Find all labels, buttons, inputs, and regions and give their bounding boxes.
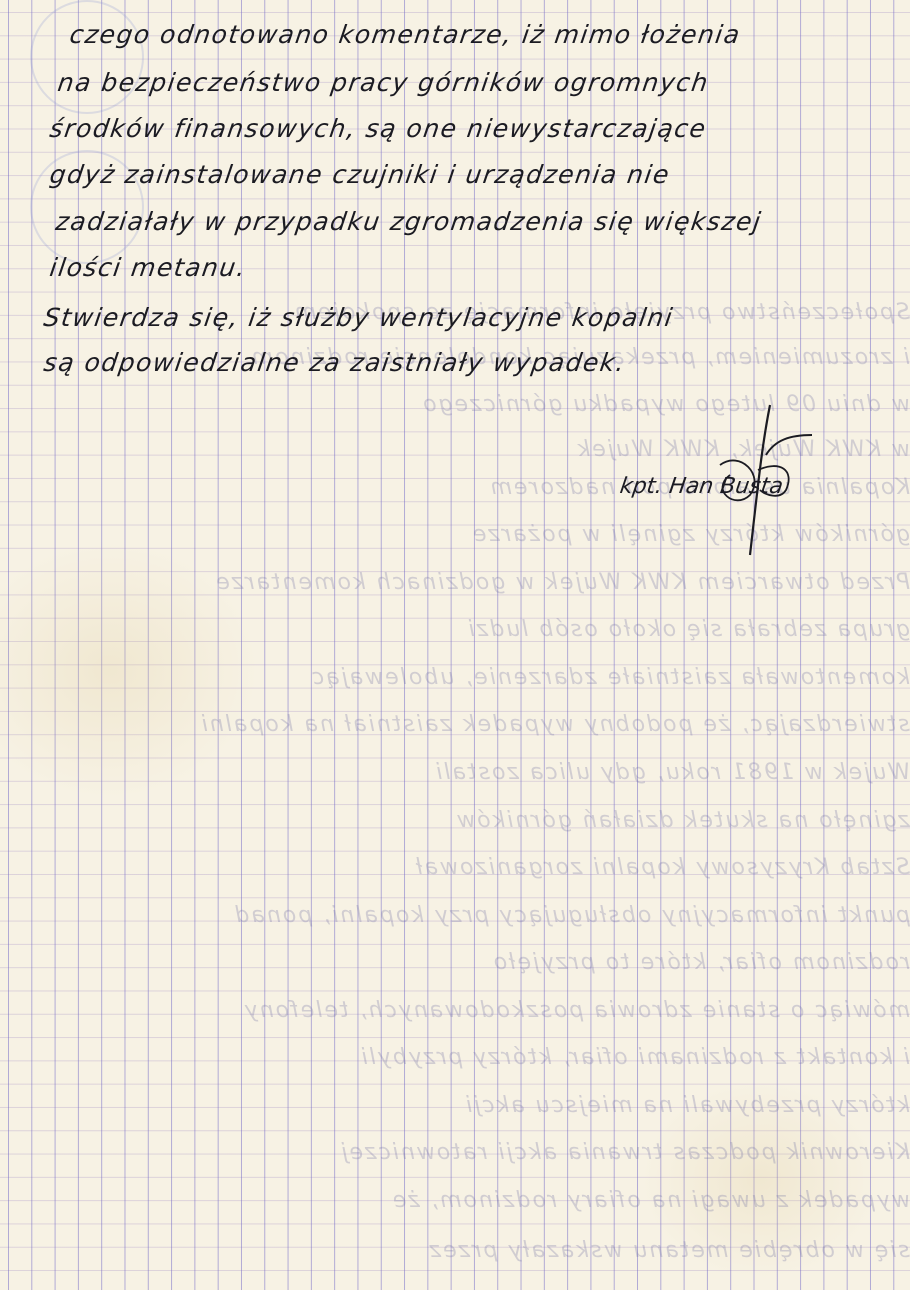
bleed-line: grupa zebrała się około osób ludzi [0,617,910,642]
bleed-line: rodzinom ofiar, które to przyjęło [0,950,910,975]
text-line: ilości metanu. [48,253,248,282]
bleed-line: Przed otwarciem KWK Wujek w godzinach ko… [0,570,910,595]
bleed-line: stwierdzając, że podobny wypadek zaistni… [0,712,910,737]
bleed-line: się w obrębie metanu wskazały przez [0,1238,910,1263]
text-line: środków finansowych, są one niewystarcza… [48,114,709,143]
text-line: Stwierdza się, iż służby wentylacyjne ko… [42,303,675,332]
signature-name: kpt. Han Busta [618,474,784,499]
bleed-line: którzy przebywali na miejscu akcji [0,1093,910,1118]
bleed-line: Sztab Kryzysowy kopalni zorganizował [0,855,910,880]
bleed-line: mówiąc o stanie zdrowia poszkodowanych, … [0,998,910,1023]
text-line: zadziałały w przypadku zgromadzenia się … [54,207,764,236]
bleed-line: komentowała zaistniałe zdarzenie, ubolew… [0,665,910,690]
bleed-line: punkt informacyjny obsługujący przy kopa… [0,903,910,928]
text-line: są odpowiedzialne za zaistniały wypadek. [42,348,628,377]
bleed-line: Kierownik podczas trwania akcji ratownic… [0,1140,910,1165]
text-line: gdyż zainstalowane czujniki i urządzenia… [48,160,672,189]
bleed-line: wypadek z uwagi na ofiary rodzinom, że [0,1188,910,1213]
bleed-line: i kontakt z rodzinami ofiar, którzy przy… [0,1045,910,1070]
text-line: czego odnotowano komentarze, iż mimo łoż… [68,20,743,49]
bleed-line: zginęło na skutek działań górników [0,808,910,833]
bleed-line: Wujek w 1981 roku, gdy ulica zostali [0,760,910,785]
text-line: na bezpieczeństwo pracy górników ogromny… [56,68,711,97]
